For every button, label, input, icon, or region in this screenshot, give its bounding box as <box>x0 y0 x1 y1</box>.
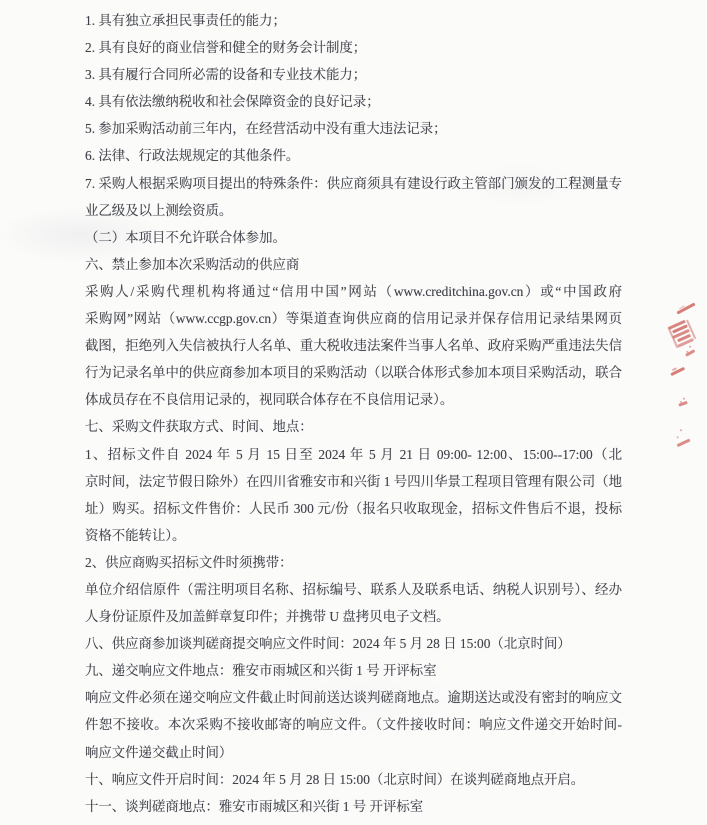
document-line: 件恕不接收。本次采购不接收邮寄的响应文件。（文件接收时间：响应文件递交开始时间- <box>85 711 622 738</box>
document-line: 2、供应商购买招标文件时须携带： <box>85 549 622 576</box>
document-line: 七、采购文件获取方式、时间、地点： <box>85 413 622 440</box>
document-line: 4. 具有依法缴纳税收和社会保障资金的良好记录； <box>85 88 622 115</box>
document-line: 行为记录名单中的供应商参加本项目的采购活动（以联合体形式参加本项目采购活动，联合 <box>85 359 622 386</box>
document-line: 响应文件递交截止时间） <box>85 739 622 766</box>
document-line: 响应文件必须在递交响应文件截止时间前送达谈判磋商地点。逾期送达或没有密封的响应文 <box>85 684 622 711</box>
document-line: 采购网”网站（www.ccgp.gov.cn）等渠道查询供应商的信用记录并保存信… <box>85 305 622 332</box>
document-line: 业乙级及以上测绘资质。 <box>85 197 622 224</box>
document-text-block: 1. 具有独立承担民事责任的能力；2. 具有良好的商业信誉和健全的财务会计制度；… <box>85 7 622 820</box>
document-line: 5. 参加采购活动前三年内，在经营活动中没有重大违法记录； <box>85 115 622 142</box>
document-line: （二）本项目不允许联合体参加。 <box>85 224 622 251</box>
document-line: 十、响应文件开启时间：2024 年 5 月 28 日 15:00（北京时间）在谈… <box>85 766 622 793</box>
document-line: 单位介绍信原件（需注明项目名称、招标编号、联系人及联系电话、纳税人识别号）、经办 <box>85 576 622 603</box>
document-line: 十一、谈判磋商地点：雅安市雨城区和兴街 1 号 开评标室 <box>85 793 622 820</box>
red-stamp-fragment-icon <box>675 300 697 317</box>
document-line: 六、禁止参加本次采购活动的供应商 <box>85 251 622 278</box>
document-line: 2. 具有良好的商业信誉和健全的财务会计制度； <box>85 34 622 61</box>
document-line: 资格不能转让）。 <box>85 522 622 549</box>
red-stamp-fragment-icon <box>671 426 694 448</box>
scanned-document-page: 1. 具有独立承担民事责任的能力；2. 具有良好的商业信誉和健全的财务会计制度；… <box>0 0 707 825</box>
document-line: 京时间，法定节假日除外）在四川省雅安市和兴街 1 号四川华景工程项目管理有限公司… <box>85 468 622 495</box>
document-line: 人身份证原件及加盖鲜章复印件；并携带 U 盘拷贝电子文档。 <box>85 603 622 630</box>
document-line: 九、递交响应文件地点：雅安市雨城区和兴街 1 号 开评标室 <box>85 657 622 684</box>
red-stamp-fragment-icon <box>677 396 690 407</box>
document-line: 截图，拒绝列入失信被执行人名单、重大税收违法案件当事人名单、政府采购严重违法失信 <box>85 332 622 359</box>
document-line: 1. 具有独立承担民事责任的能力； <box>85 7 622 34</box>
document-line: 1、招标文件自 2024 年 5 月 15 日至 2024 年 5 月 21 日… <box>85 441 622 468</box>
red-stamp-fragment-icon <box>669 363 687 379</box>
document-line: 体成员存在不良信用记录的，视同联合体存在不良信用记录）。 <box>85 386 622 413</box>
document-line: 3. 具有履行合同所必需的设备和专业技术能力； <box>85 61 622 88</box>
document-line: 采购人/采购代理机构将通过“信用中国”网站（www.creditchina.go… <box>85 278 622 305</box>
document-line: 7. 采购人根据采购项目提出的特殊条件：供应商须具有建设行政主管部门颁发的工程测… <box>85 170 622 197</box>
document-line: 6. 法律、行政法规规定的其他条件。 <box>85 142 622 169</box>
document-line: 八、供应商参加谈判磋商提交响应文件时间：2024 年 5 月 28 日 15:0… <box>85 630 622 657</box>
document-line: 址）购买。招标文件售价：人民币 300 元/份（报名只收取现金，招标文件售后不退… <box>85 495 622 522</box>
